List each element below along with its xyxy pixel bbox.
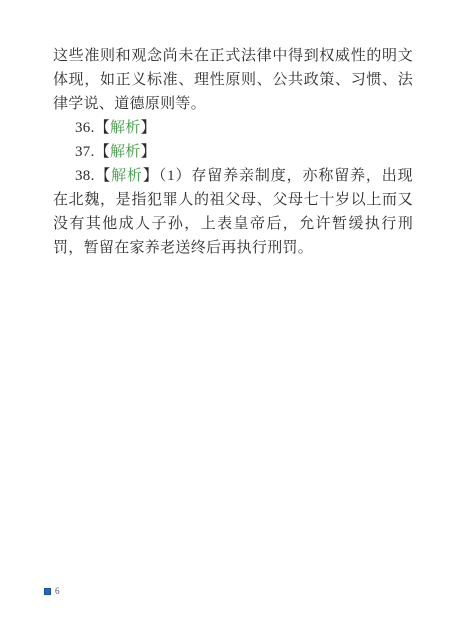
- answer-number: 38.: [75, 168, 95, 184]
- bracket-close: 】: [141, 120, 156, 136]
- page-footer: 6: [44, 587, 60, 596]
- answer-label: 解析: [110, 120, 141, 136]
- document-page: { "page": { "background": "#ffffff", "te…: [0, 0, 450, 637]
- answer-item-36: 36.【解析】: [53, 116, 413, 140]
- answer-number: 37.: [75, 144, 95, 160]
- bracket-open: 【: [95, 168, 111, 184]
- answer-item-38: 38.【解析】（1）存留养亲制度，亦称留养，出现在北魏，是指犯罪人的祖父母、父母…: [53, 164, 413, 260]
- answer-item-37: 37.【解析】: [53, 140, 413, 164]
- intro-text: 这些准则和观念尚未在正式法律中得到权威性的明文体现，如正义标准、理性原则、公共政…: [53, 48, 413, 112]
- bracket-close: 】: [143, 168, 159, 184]
- intro-paragraph: 这些准则和观念尚未在正式法律中得到权威性的明文体现，如正义标准、理性原则、公共政…: [53, 44, 413, 116]
- bracket-open: 【: [95, 144, 110, 160]
- bracket-close: 】: [141, 144, 156, 160]
- footer-square-icon: [44, 588, 51, 595]
- bracket-open: 【: [95, 120, 110, 136]
- answer-number: 36.: [75, 120, 95, 136]
- answer-label: 解析: [111, 168, 143, 184]
- page-text-block: 这些准则和观念尚未在正式法律中得到权威性的明文体现，如正义标准、理性原则、公共政…: [53, 44, 413, 260]
- answer-label: 解析: [110, 144, 141, 160]
- page-number: 6: [55, 587, 60, 596]
